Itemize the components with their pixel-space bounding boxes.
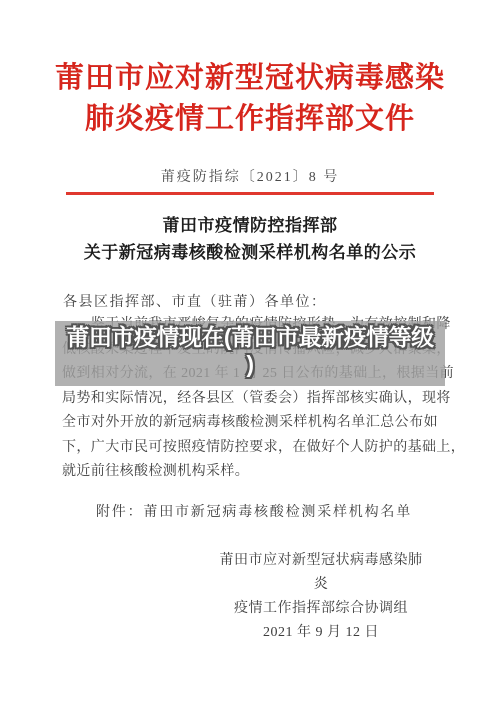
document-page: 莆田市应对新型冠状病毒感染 肺炎疫情工作指挥部文件 莆疫防指综〔2021〕8 号… — [0, 0, 500, 706]
signature-org-line1: 莆田市应对新型冠状病毒感染肺炎 — [213, 549, 429, 597]
notice-title-line2: 关于新冠病毒核酸检测采样机构名单的公示 — [0, 239, 500, 266]
paragraph-line: 局势和实际情况，经各县区（管委会）指挥部核实确认，现将 — [62, 387, 438, 412]
signature-block: 莆田市应对新型冠状病毒感染肺炎 疫情工作指挥部综合协调组 2021 年 9 月 … — [213, 549, 429, 645]
salutation: 各县区指挥部、市直（驻莆）各单位： — [63, 291, 443, 311]
notice-title: 莆田市疫情防控指挥部 关于新冠病毒核酸检测采样机构名单的公示 — [0, 212, 500, 266]
doc-number: 莆疫防指综〔2021〕8 号 — [0, 166, 500, 186]
headline-overlay: 莆田市疫情现在(莆田市最新疫情等级 ) — [0, 324, 500, 378]
headline-line2: ) — [0, 351, 500, 378]
red-divider — [66, 192, 434, 195]
headline-line1: 莆田市疫情现在(莆田市最新疫情等级 — [0, 324, 500, 351]
notice-title-line1: 莆田市疫情防控指挥部 — [0, 212, 500, 239]
signature-org-line2: 疫情工作指挥部综合协调组 — [213, 597, 429, 621]
paragraph-line: 全市对外开放的新冠病毒核酸检测采样机构名单汇总公布如 — [62, 411, 438, 436]
signature-date: 2021 年 9 月 12 日 — [213, 621, 429, 645]
attachment-note: 附件：莆田市新冠病毒核酸检测采样机构名单 — [96, 501, 412, 521]
paragraph-line: 下，广大市民可按照疫情防控要求，在做好个人防护的基础上， — [62, 436, 438, 461]
letterhead-title-line1: 莆田市应对新型冠状病毒感染 — [0, 58, 500, 99]
letterhead-title-line2: 肺炎疫情工作指挥部文件 — [0, 99, 500, 140]
letterhead-title: 莆田市应对新型冠状病毒感染 肺炎疫情工作指挥部文件 — [0, 58, 500, 140]
paragraph-line: 就近前往核酸检测机构采样。 — [62, 460, 438, 485]
